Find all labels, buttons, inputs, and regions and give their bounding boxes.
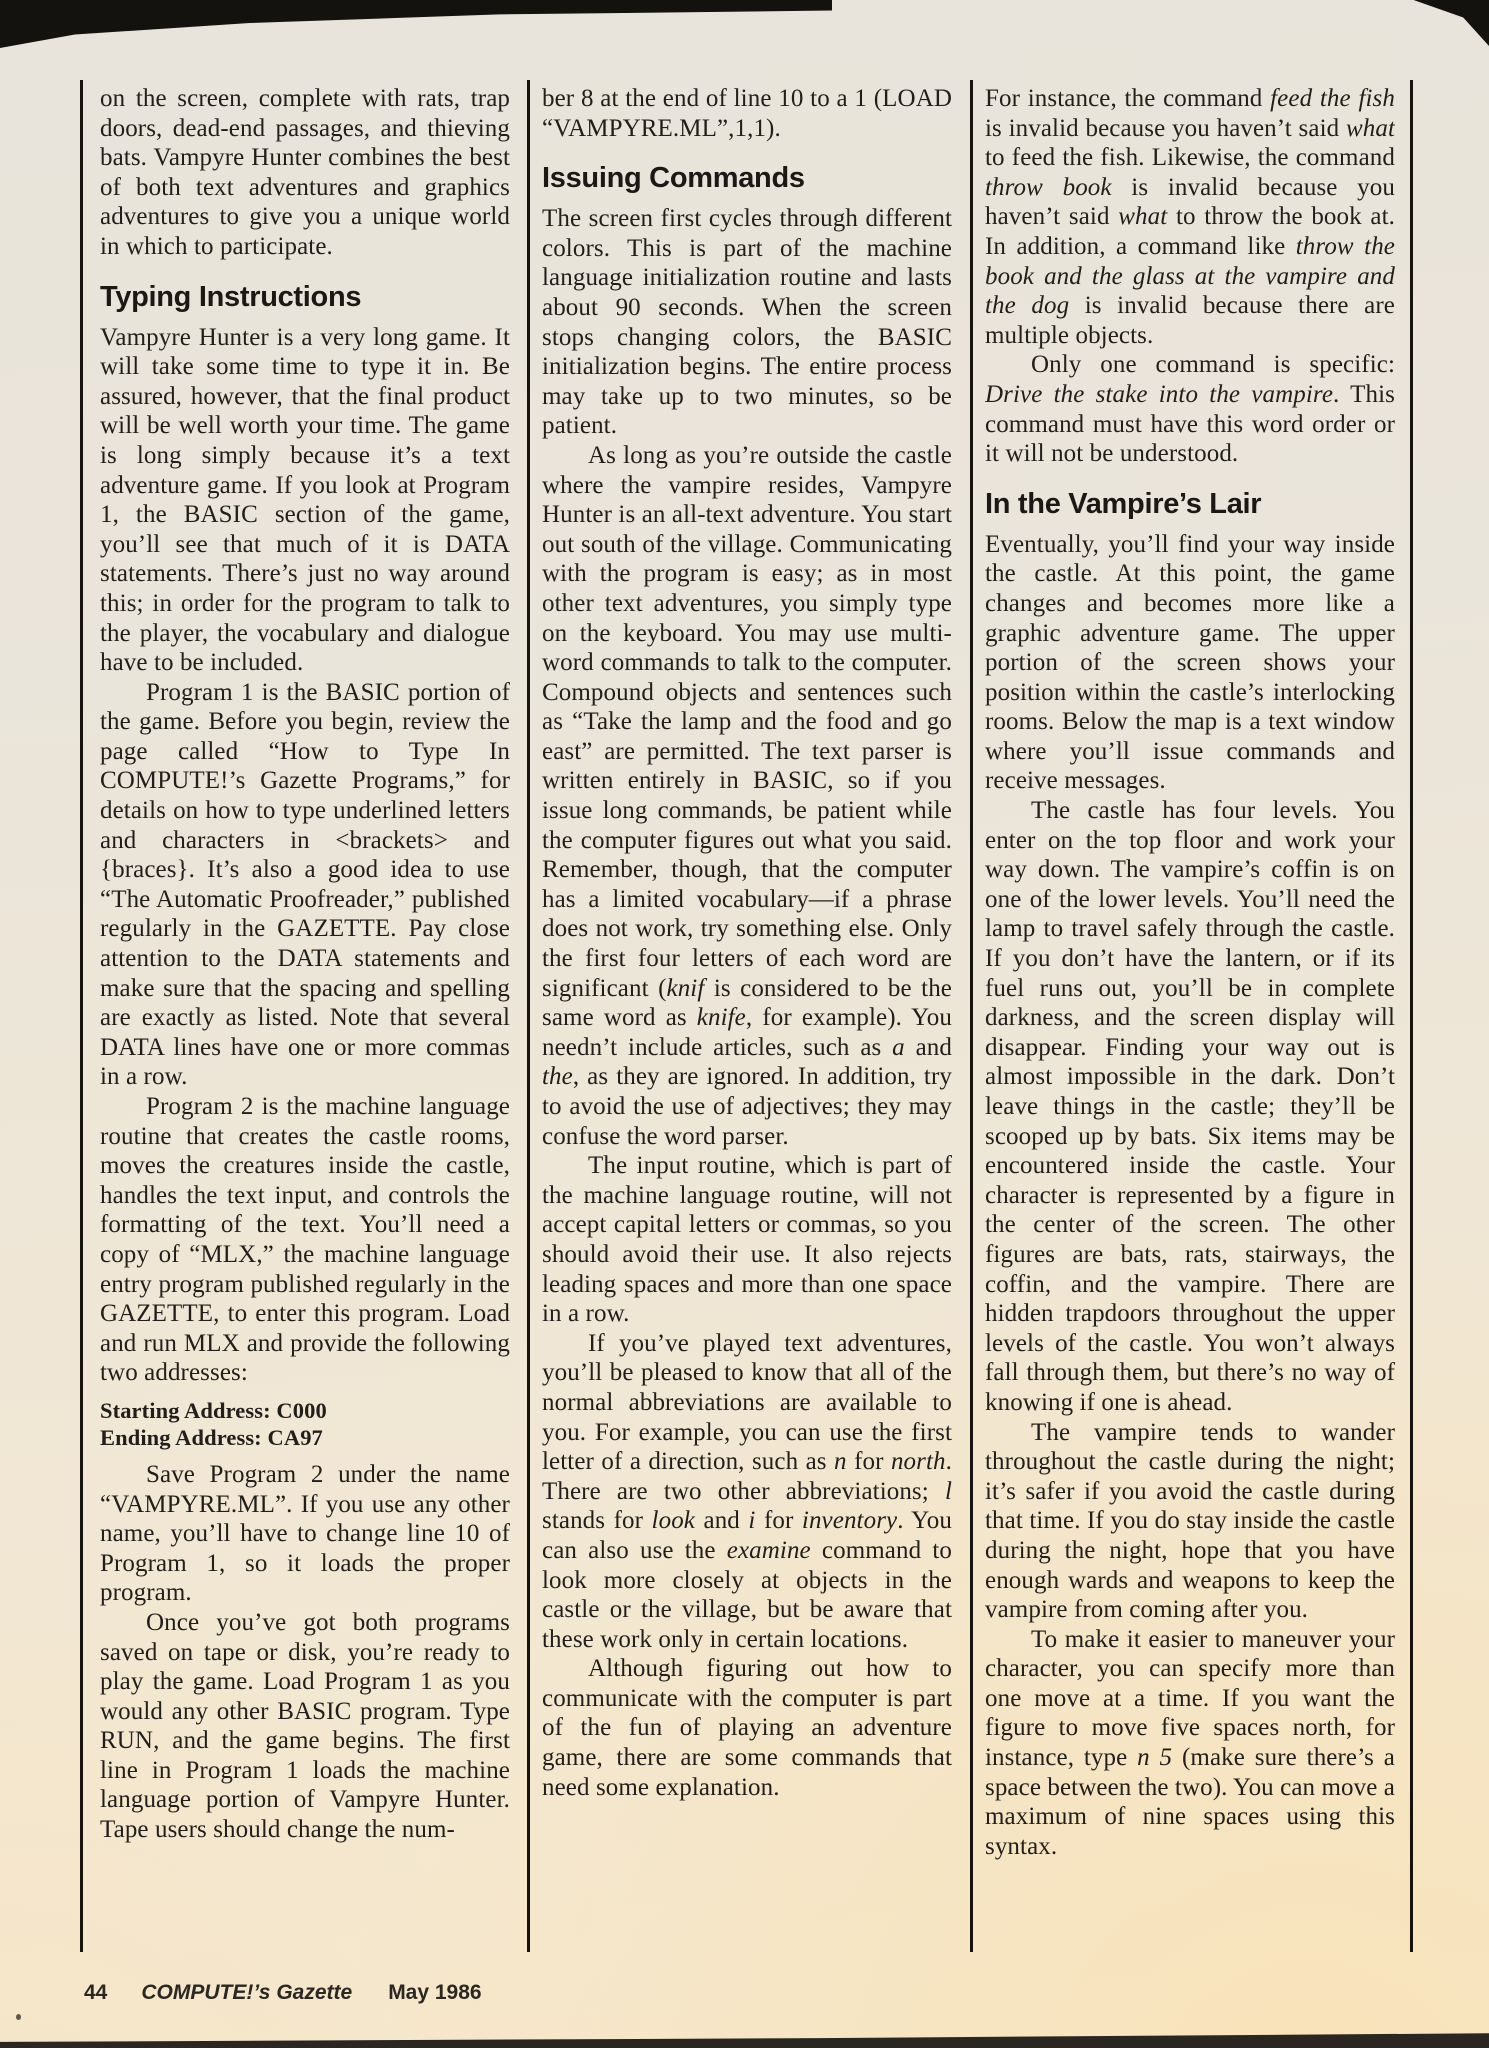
issue-date: May 1986 <box>388 1981 481 2005</box>
paragraph: Once you’ve got both programs saved on t… <box>100 1608 510 1845</box>
section-heading: Typing Instructions <box>100 281 510 313</box>
paragraph: For instance, the command feed the fish … <box>985 84 1395 350</box>
paragraph: The screen first cycles through differen… <box>542 204 952 441</box>
paragraph: on the screen, complete with rats, trap … <box>100 84 510 262</box>
scan-edge-bottom <box>0 2032 1489 2048</box>
address-line: Starting Address: C000 <box>100 1397 510 1424</box>
paragraph: The castle has four levels. You enter on… <box>985 796 1395 1417</box>
paragraph: Save Program 2 under the name “VAMPYRE.M… <box>100 1460 510 1608</box>
paragraph: Vampyre Hunter is a very long game. It w… <box>100 323 510 678</box>
page-footer: 44 COMPUTE!’s Gazette May 1986 <box>84 1981 482 2005</box>
paragraph: Program 1 is the BASIC portion of the ga… <box>100 678 510 1092</box>
scan-edge-top-right <box>1397 0 1489 46</box>
article-column-3: For instance, the command feed the fish … <box>985 84 1395 1960</box>
column-rule-left <box>80 80 83 1952</box>
paragraph: Only one command is specific: Drive the … <box>985 350 1395 468</box>
paragraph: Program 2 is the machine language routin… <box>100 1092 510 1388</box>
section-heading: Issuing Commands <box>542 162 952 194</box>
paragraph: Although figuring out how to communicate… <box>542 1654 952 1802</box>
magazine-title: COMPUTE!’s Gazette <box>141 1981 352 2005</box>
column-rule-2-3 <box>970 80 973 1952</box>
magazine-page: on the screen, complete with rats, trap … <box>0 0 1489 2048</box>
paragraph: The input routine, which is part of the … <box>542 1151 952 1329</box>
article-column-2: ber 8 at the end of line 10 to a 1 (LOAD… <box>542 84 952 1960</box>
paragraph: As long as you’re outside the castle whe… <box>542 441 952 1151</box>
article-column-1: on the screen, complete with rats, trap … <box>100 84 510 1960</box>
column-rule-right <box>1410 80 1413 1952</box>
column-rule-1-2 <box>527 80 530 1952</box>
section-heading: In the Vampire’s Lair <box>985 488 1395 520</box>
address-lines: Starting Address: C000Ending Address: CA… <box>100 1397 510 1451</box>
paragraph: Eventually, you’ll find your way inside … <box>985 530 1395 796</box>
scan-speck <box>16 2014 21 2020</box>
paragraph: The vampire tends to wander throughout t… <box>985 1418 1395 1625</box>
paragraph: ber 8 at the end of line 10 to a 1 (LOAD… <box>542 84 952 143</box>
page-number: 44 <box>84 1981 107 2005</box>
paragraph: If you’ve played text adventures, you’ll… <box>542 1329 952 1655</box>
scan-edge-top <box>0 0 832 48</box>
address-line: Ending Address: CA97 <box>100 1424 510 1451</box>
paragraph: To make it easier to maneuver your chara… <box>985 1625 1395 1862</box>
